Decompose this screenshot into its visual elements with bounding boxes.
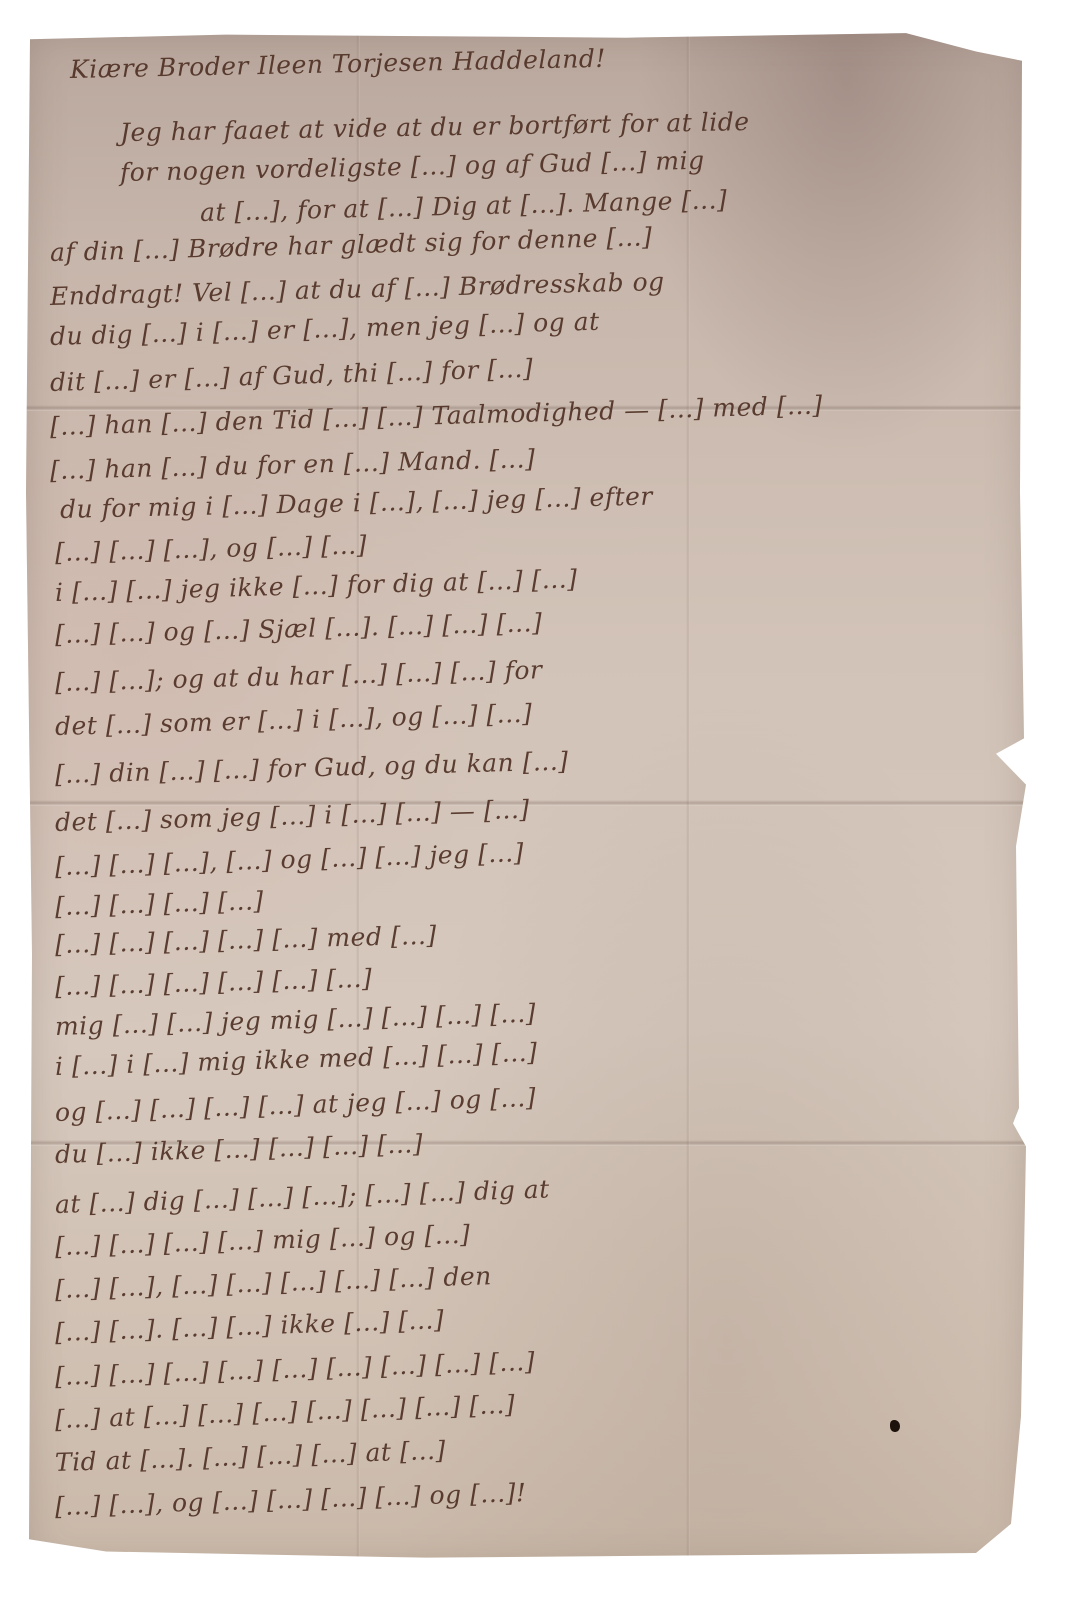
fold-crease-vertical: [686, 30, 690, 1570]
ink-blot: [890, 1420, 900, 1432]
letter-line: [...] [...] [...] [...]: [55, 886, 264, 921]
